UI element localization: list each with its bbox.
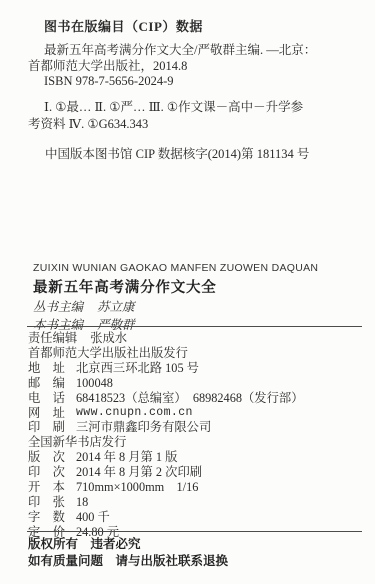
divider-top <box>27 326 362 327</box>
row-label: 开 本 <box>28 480 76 495</box>
book-title: 最新五年高考满分作文大全 <box>33 276 361 297</box>
distribution-line: 全国新华书店发行 <box>28 435 365 450</box>
colophon-row-phone: 电 话 68418523（总编室） 68982468（发行部） <box>28 391 365 406</box>
row-label: 印 次 <box>28 465 76 480</box>
colophon-row-sheets: 印 张 18 <box>28 495 365 510</box>
row-value: 2014 年 8 月第 2 次印刷 <box>76 465 202 480</box>
colophon-row-printer: 印 刷 三河市鼎鑫印务有限公司 <box>28 420 365 435</box>
row-label: 电 话 <box>28 391 76 406</box>
row-label: 印 刷 <box>28 420 76 435</box>
book-editor-label: 本书主编 <box>33 318 83 332</box>
series-editor-line: 丛书主编苏立康 <box>33 300 361 315</box>
series-editor-name: 苏立康 <box>97 300 135 314</box>
row-label: 邮 编 <box>28 376 76 391</box>
colophon-row-edition: 版 次 2014 年 8 月第 1 版 <box>28 450 365 465</box>
responsible-editor-name: 张成水 <box>90 331 127 345</box>
divider-bottom <box>27 531 362 532</box>
colophon-row-website: 网 址 www.cnupn.com.cn <box>28 406 365 421</box>
book-editor-name: 严敬群 <box>97 318 135 332</box>
copyright-notice-line1: 版权所有 违者必究 <box>28 536 361 553</box>
row-label: 网 址 <box>28 406 76 421</box>
row-value: 100048 <box>76 376 113 391</box>
cip-classification: Ⅰ. ①最… Ⅱ. ①严… Ⅲ. ①作文课－高中－升学参 考资料 Ⅳ. ①G63… <box>28 99 361 132</box>
colophon-row-format: 开 本 710mm×1000mm 1/16 <box>28 480 365 495</box>
cip-heading: 图书在版编目（CIP）数据 <box>44 16 203 35</box>
colophon-row-address: 地 址 北京西三环北路 105 号 <box>28 361 365 376</box>
row-value-url: www.cnupn.com.cn <box>76 406 193 421</box>
cip-class-line1: Ⅰ. ①最… Ⅱ. ①严… Ⅲ. ①作文课－高中－升学参 <box>28 99 361 116</box>
colophon: 责任编辑张成水 首都师范大学出版社出版发行 地 址 北京西三环北路 105 号 … <box>28 331 365 540</box>
row-value: 400 千 <box>76 510 110 525</box>
row-value: 710mm×1000mm 1/16 <box>76 480 198 495</box>
publisher-line: 首都师范大学出版社出版发行 <box>28 346 365 361</box>
cip-registry-number: 中国版本图书馆 CIP 数据核字(2014)第 181134 号 <box>45 144 309 162</box>
copyright-page: 图书在版编目（CIP）数据 最新五年高考满分作文大全/严敬群主编. —北京： 首… <box>0 0 375 584</box>
copyright-notice: 版权所有 违者必究 如有质量问题 请与出版社联系退换 <box>28 536 361 569</box>
cip-catalog-paragraph: 最新五年高考满分作文大全/严敬群主编. —北京： 首都师范大学出版社，2014.… <box>28 43 361 90</box>
row-label: 字 数 <box>28 510 76 525</box>
title-block: ZUIXIN WUNIAN GAOKAO MANFEN ZUOWEN DAQUA… <box>33 262 361 332</box>
row-value: 18 <box>76 495 88 510</box>
colophon-row-postcode: 邮 编 100048 <box>28 376 365 391</box>
series-editor-label: 丛书主编 <box>33 300 83 314</box>
responsible-editor-line: 责任编辑张成水 <box>28 331 365 346</box>
row-value: 2014 年 8 月第 1 版 <box>76 450 177 465</box>
colophon-row-printing: 印 次 2014 年 8 月第 2 次印刷 <box>28 465 365 480</box>
book-editor-line: 本书主编严敬群 <box>33 318 361 333</box>
row-label: 版 次 <box>28 450 76 465</box>
cip-isbn: ISBN 978-7-5656-2024-9 <box>28 74 361 90</box>
row-value: 68418523（总编室） 68982468（发行部） <box>76 391 304 406</box>
row-label: 地 址 <box>28 361 76 376</box>
book-title-pinyin: ZUIXIN WUNIAN GAOKAO MANFEN ZUOWEN DAQUA… <box>33 262 361 274</box>
cip-class-line2: 考资料 Ⅳ. ①G634.343 <box>28 116 361 133</box>
copyright-notice-line2: 如有质量问题 请与出版社联系退换 <box>28 553 361 570</box>
responsible-editor-label: 责任编辑 <box>28 331 77 345</box>
row-value: 北京西三环北路 105 号 <box>76 361 199 376</box>
row-value: 三河市鼎鑫印务有限公司 <box>76 420 211 435</box>
cip-title-line: 最新五年高考满分作文大全/严敬群主编. —北京： <box>28 43 361 59</box>
row-label: 印 张 <box>28 495 76 510</box>
colophon-row-wordcount: 字 数 400 千 <box>28 510 365 525</box>
cip-publisher-line: 首都师范大学出版社，2014.8 <box>28 59 361 75</box>
